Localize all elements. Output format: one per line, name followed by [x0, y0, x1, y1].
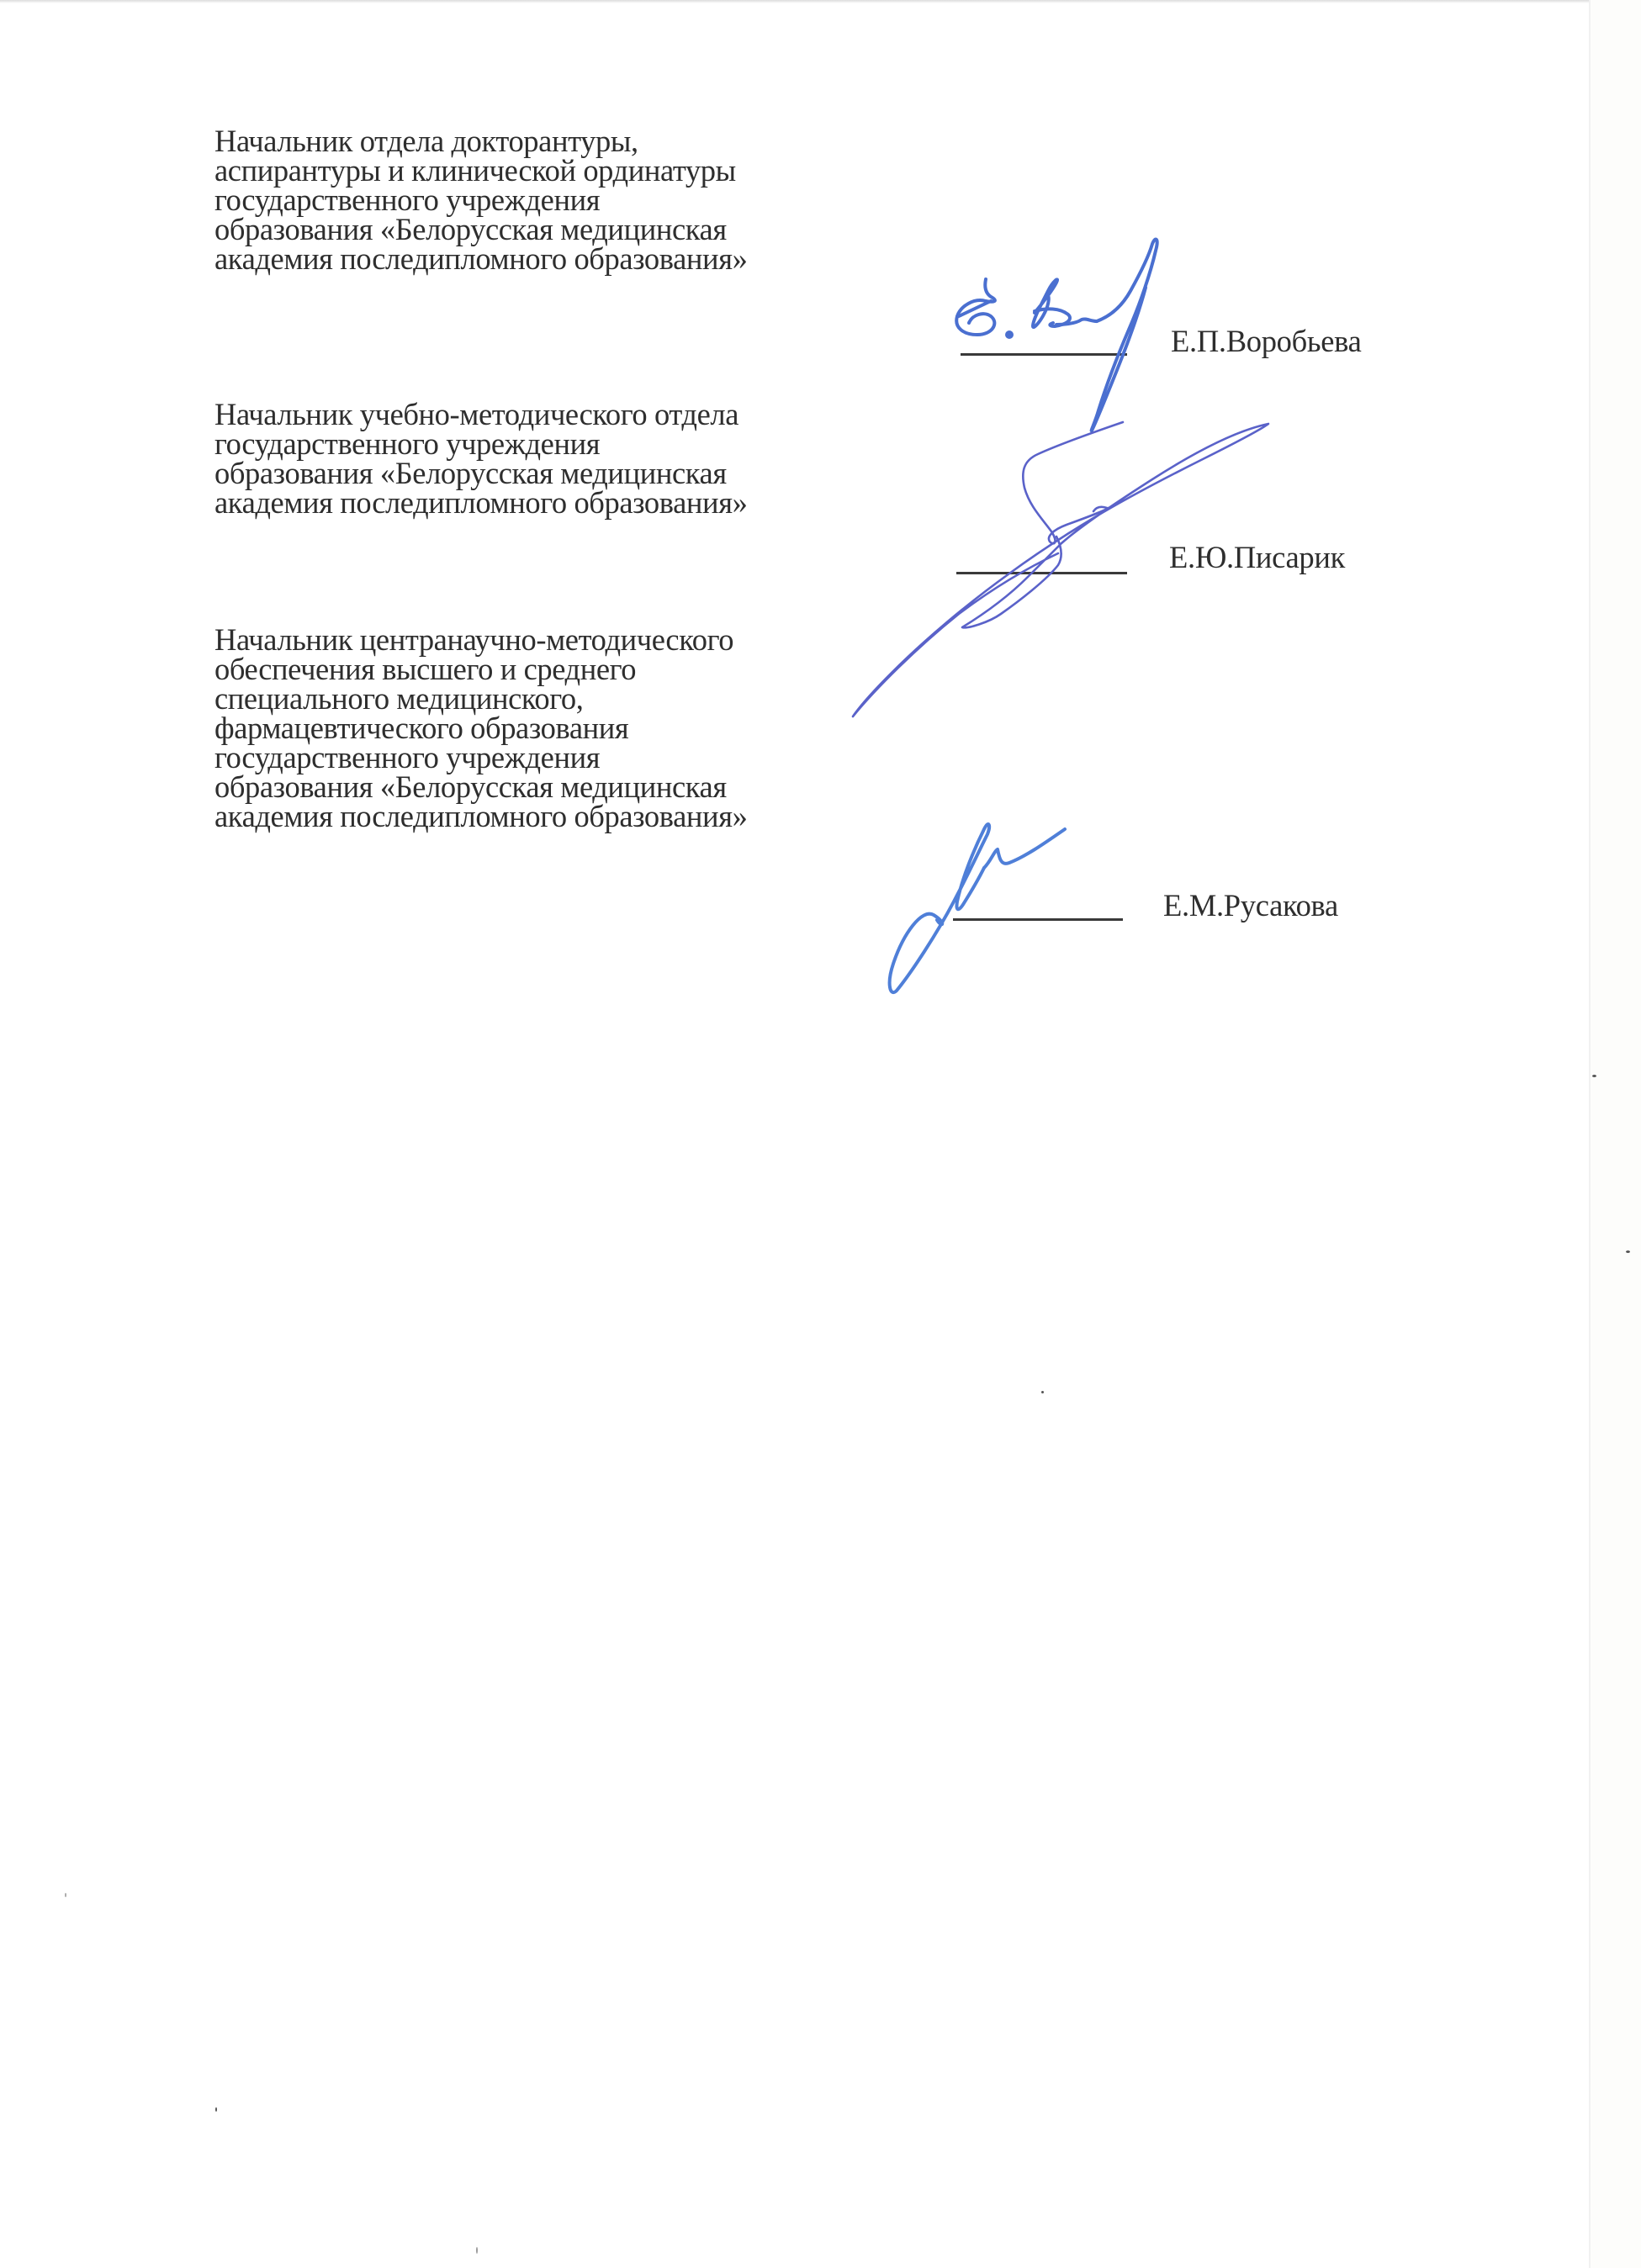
position-line: Начальник центранаучно-методического — [214, 625, 904, 654]
position-line: специального медицинского, — [214, 684, 904, 713]
position-line: государственного учреждения — [214, 743, 904, 772]
position-line: государственного учреждения — [214, 429, 904, 458]
signature-line-3 — [953, 918, 1123, 921]
signatory-position-3: Начальник центранаучно-методического обе… — [214, 625, 904, 831]
signature-line-1 — [961, 353, 1127, 356]
scan-speck — [1592, 1075, 1596, 1077]
scan-speck — [1626, 1250, 1630, 1253]
position-line: образования «Белорусская медицинская — [214, 772, 904, 801]
position-line: государственного учреждения — [214, 185, 904, 214]
signer-name-3: Е.М.Русакова — [1163, 891, 1338, 921]
signatory-position-2: Начальник учебно-методического отдела го… — [214, 399, 904, 517]
position-line: фармацевтического образования — [214, 713, 904, 743]
scan-speck — [476, 2247, 478, 2254]
position-line: Начальник учебно-методического отдела — [214, 399, 904, 429]
scan-speck — [65, 1893, 66, 1897]
scan-margin — [1591, 0, 1641, 2268]
position-line: Начальник отдела докторантуры, — [214, 126, 904, 156]
signatory-position-1: Начальник отдела докторантуры, аспиранту… — [214, 126, 904, 273]
position-line: академия последипломного образования» — [214, 801, 904, 831]
handwritten-signature-3 — [875, 807, 1093, 1009]
scan-speck — [1041, 1391, 1044, 1393]
signature-line-2 — [956, 572, 1127, 574]
position-line: образования «Белорусская медицинская — [214, 458, 904, 488]
signer-name-2: Е.Ю.Писарик — [1169, 542, 1345, 573]
position-line: аспирантуры и клинической ординатуры — [214, 156, 904, 185]
signer-name-1: Е.П.Воробьева — [1171, 326, 1361, 357]
position-line: академия последипломного образования» — [214, 244, 904, 273]
position-line: образования «Белорусская медицинская — [214, 214, 904, 244]
scan-page-edge-top — [0, 0, 1592, 3]
position-line: обеспечения высшего и среднего — [214, 654, 904, 684]
position-line: академия последипломного образования» — [214, 488, 904, 517]
scan-speck — [215, 2107, 217, 2112]
